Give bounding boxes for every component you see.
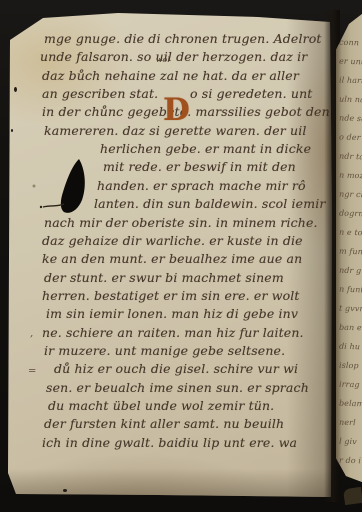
facing-line-fragment: il hart. d [339, 76, 362, 87]
manuscript-line: du macht übel unde wol zemir tün. [48, 398, 274, 415]
manuscript-line: an gescriben stat. [42, 86, 158, 103]
facing-line-fragment: n moze [339, 171, 362, 182]
facing-line-fragment: belam [339, 399, 362, 410]
facing-line-fragment: n e tot [339, 228, 362, 239]
facing-line-fragment: nde sar. v [339, 113, 362, 124]
manuscript-line: dů hiz er ouch die gisel. schire vur wi [54, 361, 298, 378]
facing-line-fragment: conn [339, 38, 359, 49]
facing-line-fragment: islop [339, 361, 359, 372]
manuscript-line: der stunt. er swur bi machmet sinem [44, 270, 284, 287]
manuscript-line: nach mir der oberiste sin. in minem rich… [44, 215, 318, 232]
manuscript-line: herlichen gebe. er mant in dicke [100, 141, 311, 158]
facing-line-fragment: m fun [339, 247, 362, 258]
parchment-speck [11, 129, 13, 132]
margin-mark: = [28, 366, 36, 377]
manuscript-line: ich in dine gwalt. baidiu lip unt ere. w… [42, 435, 297, 452]
facing-line-fragment: uln nal [339, 95, 362, 106]
facing-page-edge: conn er unt il hart. d uln nal nde sar. … [336, 14, 362, 482]
facing-line-fragment: ban e [339, 323, 362, 334]
page-corner-sliver [343, 487, 362, 505]
manuscript-line: herren. bestatiget er im sin ere. er wol… [42, 288, 300, 305]
facing-line-fragment: nerl [339, 418, 356, 428]
manuscript-line: mge gnuge. die di chronen trugen. Adelro… [44, 31, 322, 48]
manuscript-photo: mge gnuge. die di chronen trugen. Adelro… [0, 0, 362, 512]
facing-line-fragment: o der vvn [339, 132, 362, 143]
manuscript-line: im sin iemir lonen. man hiz di gebe inv [46, 306, 298, 323]
facing-line-fragment: n funt [339, 285, 362, 296]
facing-line-fragment: l giv [339, 437, 357, 447]
manuscript-line: lanten. din sun baldewin. scol iemir [94, 196, 326, 213]
facing-line-fragment: ngr ch. [339, 190, 362, 201]
manuscript-line: der fursten kint aller samt. nu beuilh [44, 416, 284, 433]
facing-line-fragment: t gvvr [339, 304, 362, 315]
facing-line-fragment: ndr ta [339, 152, 362, 163]
rubricated-initial: D [163, 95, 195, 127]
manuscript-line: ir muzere. unt manige gebe seltsene. [44, 343, 285, 360]
manuscript-line: daz bůch nehaine zal ne hat. da er aller [42, 68, 299, 85]
manuscript-line: mit rede. er beswif in mit den [103, 159, 296, 176]
manuscript-line: ne. schiere an raiten. man hiz fur laite… [42, 325, 304, 342]
parchment-page: mge gnuge. die di chronen trugen. Adelro… [8, 13, 332, 503]
manuscript-line: sen. er beualch ime sinen sun. er sprach [46, 380, 309, 397]
manuscript-line: unde falsaron. so uil der herzogen. daz … [40, 49, 307, 66]
margin-mark: , [30, 328, 33, 339]
parchment-speck [14, 87, 17, 92]
facing-line-fragment: er unt [339, 57, 362, 68]
interlinear-gloss: wol [156, 55, 170, 64]
facing-line-fragment: irrag [339, 380, 360, 391]
parchment-speck [63, 489, 67, 492]
facing-line-fragment: ndr g [339, 266, 362, 277]
manuscript-line: daz gehaize dir warliche. er kuste in di… [42, 233, 303, 250]
facing-line-fragment: r do i [339, 456, 361, 467]
facing-line-fragment: dogrn. [339, 209, 362, 220]
manuscript-line-after-initial: o si geredeten. unt [190, 86, 312, 103]
facing-line-fragment: di hu [339, 342, 360, 353]
manuscript-line: handen. er sprach mache mir rô [97, 178, 306, 195]
manuscript-line: ke an den munt. er beualhez ime aue an [42, 251, 302, 268]
